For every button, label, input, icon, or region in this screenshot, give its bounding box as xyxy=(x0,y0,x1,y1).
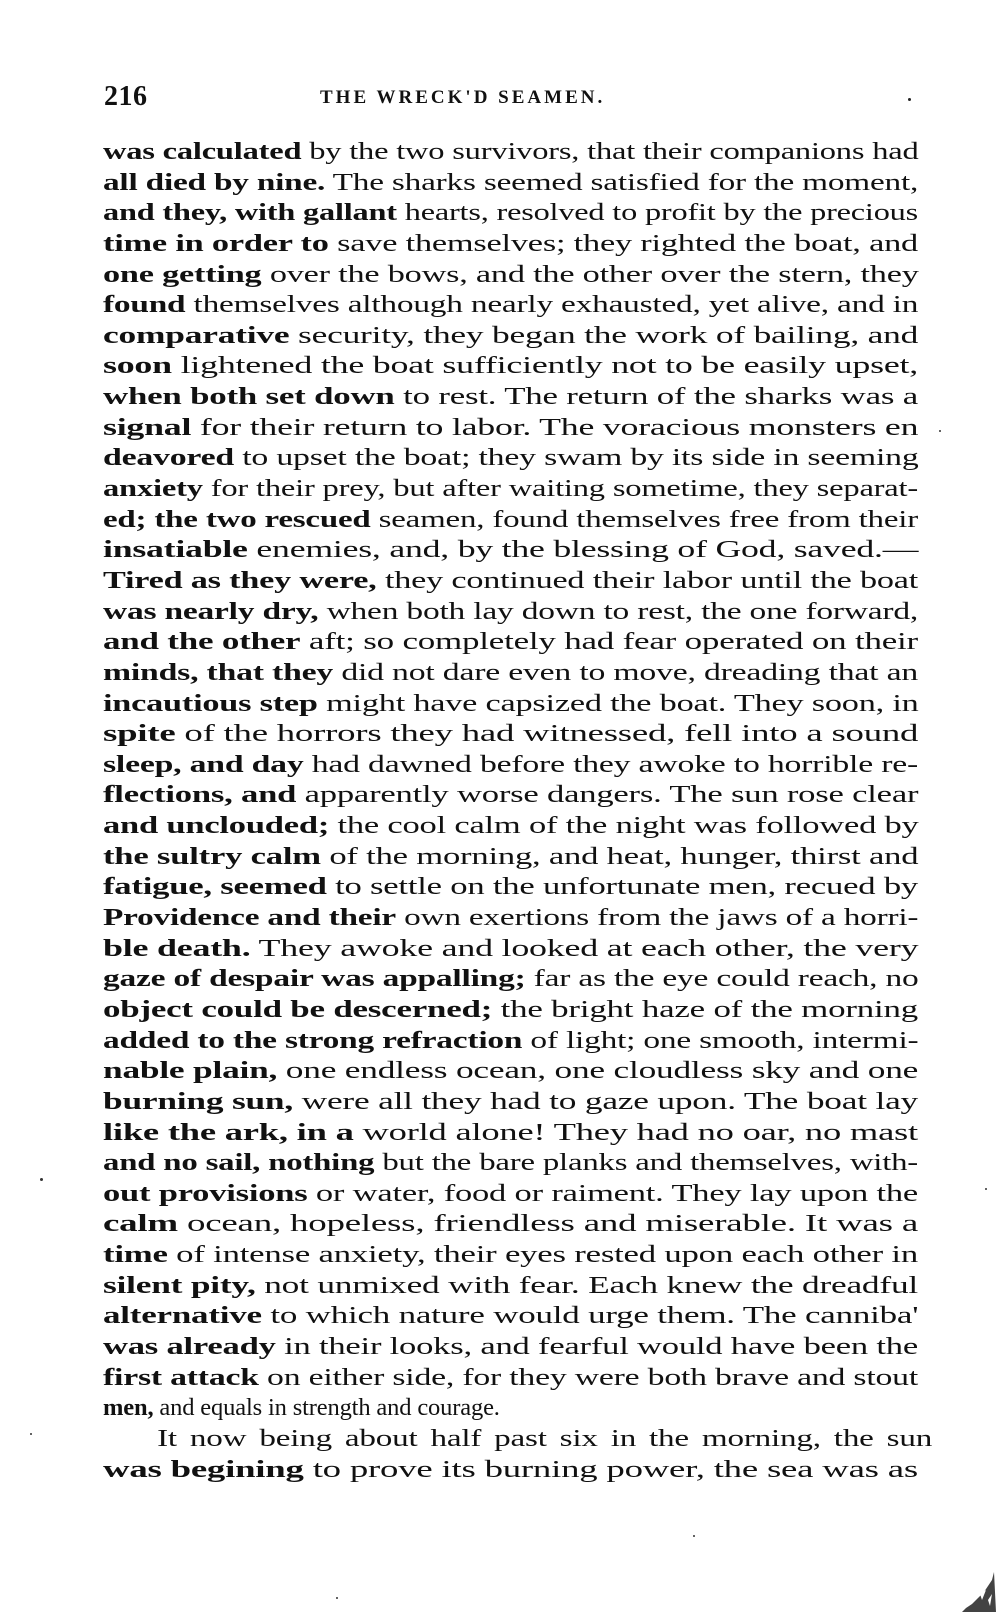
regular-text-span: had dawned before they awoke to horrible… xyxy=(304,751,919,778)
text-line: found themselves although nearly exhaust… xyxy=(103,290,918,321)
print-speck xyxy=(40,1178,43,1181)
print-speck xyxy=(30,1433,32,1435)
bold-text-span: men, xyxy=(103,1394,153,1421)
text-line: when both set down to rest. The return o… xyxy=(103,382,918,413)
regular-text-span: they continued their labor until the boa… xyxy=(377,567,918,594)
bold-text-span: and unclouded; xyxy=(103,812,329,839)
bold-text-span: ed; the two rescued xyxy=(103,506,371,533)
bold-text-span: one getting xyxy=(103,261,261,288)
bold-text-span: added to the strong refraction xyxy=(103,1027,522,1054)
bold-text-span: burning sun, xyxy=(103,1088,293,1115)
regular-text-span: far as the eye could reach, no xyxy=(526,965,919,992)
bold-text-span: nable plain, xyxy=(103,1057,277,1084)
regular-text-span: of the horrors they had witnessed, fell … xyxy=(175,720,918,747)
bold-text-span: out provisions xyxy=(103,1180,307,1207)
bold-text-span: signal xyxy=(103,414,191,441)
regular-text-span: own exertions from the jaws of a horri- xyxy=(396,904,918,931)
regular-text-span: hearts, resolved to profit by the precio… xyxy=(397,199,918,226)
bold-text-span: time in order to xyxy=(103,230,329,257)
bold-text-span: deavored xyxy=(103,444,234,471)
bold-text-span: was calculated xyxy=(103,138,301,165)
bold-text-span: spite xyxy=(103,720,175,747)
text-line: sleep, and day had dawned before they aw… xyxy=(103,750,918,781)
regular-text-span: save themselves; they righted the boat, … xyxy=(329,230,918,257)
regular-text-span: aft; so completely had fear operated on … xyxy=(300,628,918,655)
bold-text-span: and no sail, nothing xyxy=(103,1149,374,1176)
regular-text-span: over the bows, and the other over the st… xyxy=(261,261,918,288)
bold-text-span: object could be descerned; xyxy=(103,996,492,1023)
bold-text-span: when both set down xyxy=(103,383,395,410)
print-speck xyxy=(939,430,941,432)
regular-text-span: for their prey, but after waiting someti… xyxy=(203,475,918,502)
regular-text-span: in their looks, and fearful would have b… xyxy=(276,1333,918,1360)
text-line: men, and equals in strength and courage. xyxy=(103,1393,918,1424)
text-line: nable plain, one endless ocean, one clou… xyxy=(103,1056,918,1087)
regular-text-span: or water, food or raiment. They lay upon… xyxy=(307,1180,918,1207)
text-line: insatiable enemies, and, by the blessing… xyxy=(103,535,918,566)
regular-text-span: for their return to labor. The voracious… xyxy=(191,414,918,441)
regular-text-span: It now being about half past six in the … xyxy=(157,1425,932,1452)
text-line: minds, that they did not dare even to mo… xyxy=(103,658,918,689)
text-line: alternative to which nature would urge t… xyxy=(103,1301,918,1332)
bold-text-span: ble death. xyxy=(103,935,250,962)
page-corner-smudge-icon xyxy=(958,1570,996,1612)
regular-text-span: of the morning, and heat, hunger, thirst… xyxy=(321,843,918,870)
print-speck xyxy=(693,1535,695,1537)
text-line: ed; the two rescued seamen, found themse… xyxy=(103,505,918,536)
book-page: 216 THE WRECK'D SEAMEN. was calculated b… xyxy=(0,0,1000,1612)
bold-text-span: like the ark, in a xyxy=(103,1119,354,1146)
regular-text-span: but the bare planks and themselves, with… xyxy=(374,1149,918,1176)
text-line: was calculated by the two survivors, tha… xyxy=(103,137,918,168)
regular-text-span: were all they had to gaze upon. The boat… xyxy=(293,1088,918,1115)
bold-text-span: fatigue, seemed xyxy=(103,873,327,900)
regular-text-span: one endless ocean, one cloudless sky and… xyxy=(277,1057,918,1084)
regular-text-span: of light; one smooth, intermi- xyxy=(522,1027,918,1054)
bold-text-span: Providence and their xyxy=(103,904,396,931)
bold-text-span: silent pity, xyxy=(103,1272,256,1299)
regular-text-span: They awoke and looked at each other, the… xyxy=(250,935,918,962)
text-line: all died by nine. The sharks seemed sati… xyxy=(103,168,918,199)
regular-text-span: apparently worse dangers. The sun rose c… xyxy=(296,781,918,808)
page-header: 216 THE WRECK'D SEAMEN. xyxy=(104,80,924,114)
text-line: and no sail, nothing but the bare planks… xyxy=(103,1148,918,1179)
running-title: THE WRECK'D SEAMEN. xyxy=(320,84,605,112)
text-line: anxiety for their prey, but after waitin… xyxy=(103,474,918,505)
regular-text-span: did not dare even to move, dreading that… xyxy=(333,659,918,686)
text-line: was nearly dry, when both lay down to re… xyxy=(103,597,918,628)
text-line: Tired as they were, they continued their… xyxy=(103,566,918,597)
regular-text-span: security, they began the work of bailing… xyxy=(289,322,918,349)
text-line: the sultry calm of the morning, and heat… xyxy=(103,842,918,873)
bold-text-span: gaze of despair was appalling; xyxy=(103,965,526,992)
regular-text-span: and equals in strength and courage. xyxy=(153,1394,499,1421)
text-line: comparative security, they began the wor… xyxy=(103,321,918,352)
print-speck xyxy=(336,1597,338,1599)
regular-text-span: to upset the boat; they swam by its side… xyxy=(234,444,919,471)
print-speck xyxy=(908,98,911,101)
bold-text-span: insatiable xyxy=(103,536,248,563)
bold-text-span: Tired as they were, xyxy=(103,567,377,594)
bold-text-span: the sultry calm xyxy=(103,843,321,870)
bold-text-span: incautious step xyxy=(103,690,318,717)
regular-text-span: ocean, hopeless, friendless and miserabl… xyxy=(178,1210,918,1237)
regular-text-span: seamen, found themselves free from their xyxy=(371,506,918,533)
bold-text-span: was begining xyxy=(103,1456,304,1483)
text-line: calm ocean, hopeless, friendless and mis… xyxy=(103,1209,918,1240)
bold-text-span: comparative xyxy=(103,322,289,349)
text-line: time of intense anxiety, their eyes rest… xyxy=(103,1240,918,1271)
text-line: one getting over the bows, and the other… xyxy=(103,260,918,291)
text-line: signal for their return to labor. The vo… xyxy=(103,413,918,444)
regular-text-span: on either side, for they were both brave… xyxy=(259,1364,918,1391)
body-text: was calculated by the two survivors, tha… xyxy=(103,137,918,1485)
text-line: gaze of despair was appalling; far as th… xyxy=(103,964,918,995)
bold-text-span: anxiety xyxy=(103,475,203,502)
bold-text-span: alternative xyxy=(103,1302,262,1329)
text-line: time in order to save themselves; they r… xyxy=(103,229,918,260)
text-line: burning sun, were all they had to gaze u… xyxy=(103,1087,918,1118)
text-line: Providence and their own exertions from … xyxy=(103,903,918,934)
bold-text-span: minds, that they xyxy=(103,659,333,686)
text-line: incautious step might have capsized the … xyxy=(103,689,918,720)
bold-text-span: time xyxy=(103,1241,168,1268)
regular-text-span: might have capsized the boat. They soon,… xyxy=(318,690,919,717)
regular-text-span: to settle on the unfortunate men, recued… xyxy=(327,873,918,900)
text-line: deavored to upset the boat; they swam by… xyxy=(103,443,918,474)
regular-text-span: The sharks seemed satisfied for the mome… xyxy=(325,169,918,196)
bold-text-span: was already xyxy=(103,1333,276,1360)
bold-text-span: all died by nine. xyxy=(103,169,325,196)
text-line: fatigue, seemed to settle on the unfortu… xyxy=(103,872,918,903)
text-line: and they, with gallant hearts, resolved … xyxy=(103,198,918,229)
text-line: soon lightened the boat sufficiently not… xyxy=(103,351,918,382)
bold-text-span: and they, with gallant xyxy=(103,199,397,226)
text-line: was begining to prove its burning power,… xyxy=(103,1455,918,1486)
bold-text-span: calm xyxy=(103,1210,178,1237)
regular-text-span: the bright haze of the morning xyxy=(492,996,918,1023)
text-line: out provisions or water, food or raiment… xyxy=(103,1179,918,1210)
text-line: flections, and apparently worse dangers.… xyxy=(103,780,918,811)
regular-text-span: to rest. The return of the sharks was a xyxy=(395,383,918,410)
bold-text-span: found xyxy=(103,291,185,318)
regular-text-span: the cool calm of the night was followed … xyxy=(329,812,918,839)
regular-text-span: to which nature would urge them. The can… xyxy=(262,1302,918,1329)
bold-text-span: soon xyxy=(103,352,172,379)
regular-text-span: not unmixed with fear. Each knew the dre… xyxy=(256,1272,918,1299)
bold-text-span: sleep, and day xyxy=(103,751,304,778)
bold-text-span: first attack xyxy=(103,1364,259,1391)
text-line: added to the strong refraction of light;… xyxy=(103,1026,918,1057)
regular-text-span: when both lay down to rest, the one forw… xyxy=(318,598,918,625)
page-number: 216 xyxy=(104,80,148,114)
bold-text-span: flections, and xyxy=(103,781,296,808)
text-line: and unclouded; the cool calm of the nigh… xyxy=(103,811,918,842)
regular-text-span: world alone! They had no oar, no mast xyxy=(354,1119,918,1146)
text-line: It now being about half past six in the … xyxy=(103,1424,932,1455)
text-line: was already in their looks, and fearful … xyxy=(103,1332,918,1363)
text-line: silent pity, not unmixed with fear. Each… xyxy=(103,1271,918,1302)
regular-text-span: themselves although nearly exhausted, ye… xyxy=(185,291,918,318)
text-line: spite of the horrors they had witnessed,… xyxy=(103,719,918,750)
bold-text-span: was nearly dry, xyxy=(103,598,318,625)
regular-text-span: lightened the boat sufficiently not to b… xyxy=(172,352,918,379)
regular-text-span: of intense anxiety, their eyes rested up… xyxy=(168,1241,918,1268)
bold-text-span: and the other xyxy=(103,628,300,655)
regular-text-span: to prove its burning power, the sea was … xyxy=(304,1456,918,1483)
regular-text-span: by the two survivors, that their compani… xyxy=(301,138,918,165)
print-speck xyxy=(985,1188,987,1190)
text-line: ble death. They awoke and looked at each… xyxy=(103,934,918,965)
text-line: first attack on either side, for they we… xyxy=(103,1363,918,1394)
text-line: and the other aft; so completely had fea… xyxy=(103,627,918,658)
text-line: object could be descerned; the bright ha… xyxy=(103,995,918,1026)
text-line: like the ark, in a world alone! They had… xyxy=(103,1118,918,1149)
regular-text-span: enemies, and, by the blessing of God, sa… xyxy=(248,536,918,563)
